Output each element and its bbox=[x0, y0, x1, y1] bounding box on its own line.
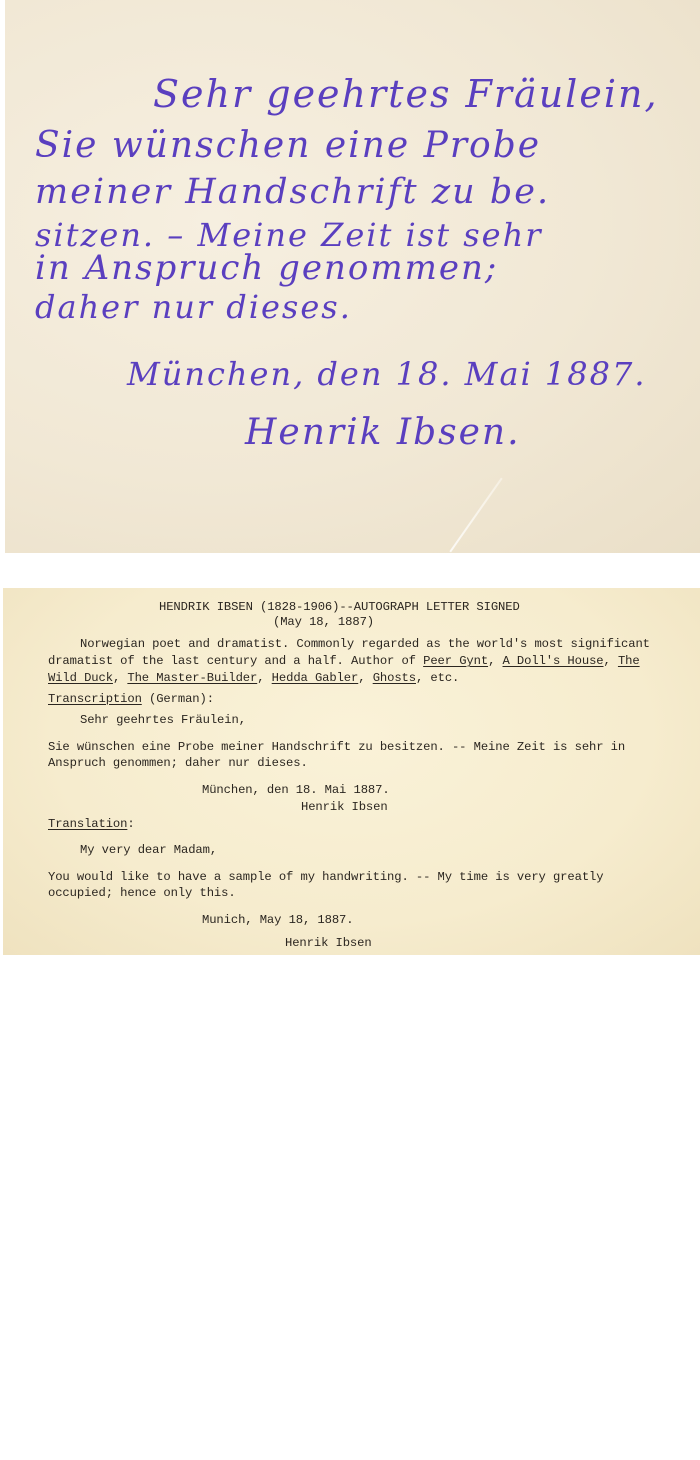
translation-body-2: occupied; hence only this. bbox=[48, 886, 236, 900]
hand-line: in Anspruch genommen; bbox=[35, 248, 498, 288]
transcription-salutation: Sehr geehrtes Fräulein, bbox=[80, 713, 246, 727]
translation-place-date: Munich, May 18, 1887. bbox=[202, 913, 354, 927]
hand-line: meiner Handschrift zu be. bbox=[35, 172, 550, 212]
work-title: Peer Gynt bbox=[423, 654, 488, 668]
hand-line: Sie wünschen eine Probe bbox=[35, 125, 541, 166]
transcription-heading: Transcription (German): bbox=[48, 692, 214, 706]
hand-signature: Henrik Ibsen. bbox=[245, 412, 521, 453]
transcription-body-1: Sie wünschen eine Probe meiner Handschri… bbox=[48, 740, 625, 754]
transcription-body-2: Anspruch genommen; daher nur dieses. bbox=[48, 756, 308, 770]
bio-line-3: Wild Duck, The Master-Builder, Hedda Gab… bbox=[48, 671, 459, 685]
bio-line-2: dramatist of the last century and a half… bbox=[48, 654, 640, 668]
paper-crease bbox=[449, 478, 502, 553]
work-title: The Master-Builder bbox=[127, 671, 257, 685]
handwritten-letter-card: Sehr geehrtes Fräulein, Sie wünschen ein… bbox=[5, 0, 700, 553]
translation-body-1: You would like to have a sample of my ha… bbox=[48, 870, 603, 884]
document-date: (May 18, 1887) bbox=[273, 615, 374, 629]
work-title: Hedda Gabler bbox=[272, 671, 359, 685]
hand-line-salutation: Sehr geehrtes Fräulein, bbox=[153, 72, 659, 116]
work-title: The bbox=[618, 654, 640, 668]
bio-line-1: Norwegian poet and dramatist. Commonly r… bbox=[80, 637, 650, 651]
hand-line-place-date: München, den 18. Mai 1887. bbox=[127, 355, 647, 393]
translation-signature: Henrik Ibsen bbox=[285, 936, 372, 950]
translation-heading: Translation: bbox=[48, 817, 135, 831]
work-title: Ghosts bbox=[373, 671, 416, 685]
hand-line: daher nur dieses. bbox=[35, 288, 352, 326]
transcription-signature: Henrik Ibsen bbox=[301, 800, 388, 814]
document-title: HENDRIK IBSEN (1828-1906)--AUTOGRAPH LET… bbox=[159, 600, 520, 614]
work-title: A Doll's House bbox=[503, 654, 604, 668]
translation-salutation: My very dear Madam, bbox=[80, 843, 217, 857]
work-title: Wild Duck bbox=[48, 671, 113, 685]
typed-description-card: HENDRIK IBSEN (1828-1906)--AUTOGRAPH LET… bbox=[3, 588, 700, 955]
transcription-place-date: München, den 18. Mai 1887. bbox=[202, 783, 390, 797]
